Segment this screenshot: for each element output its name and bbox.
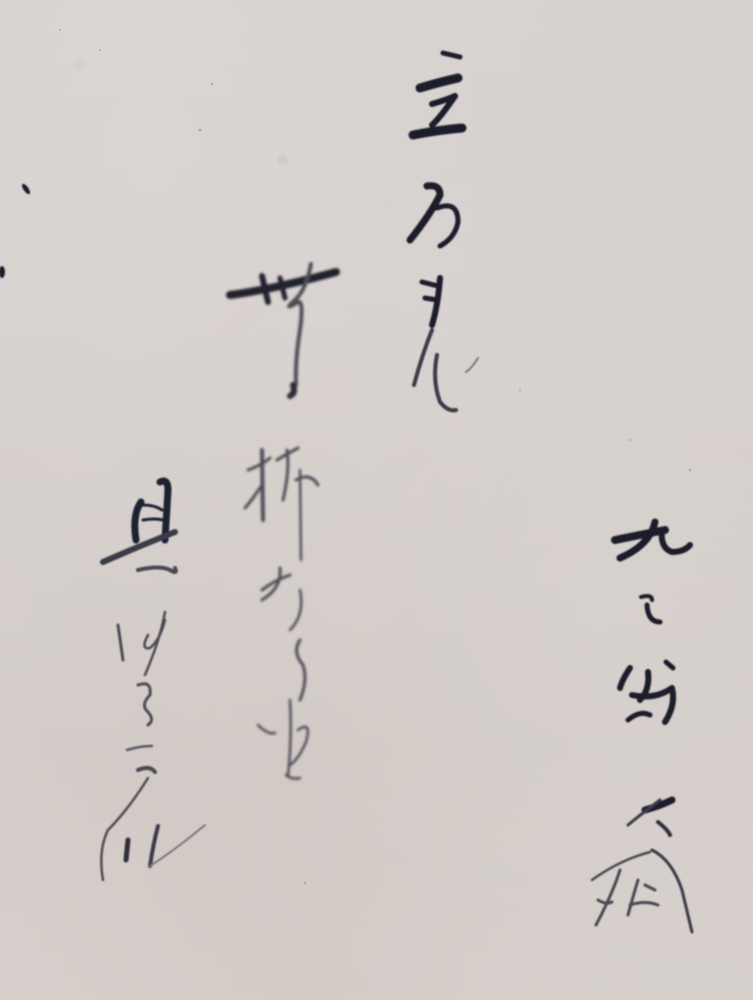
column-2-strokes	[410, 53, 478, 410]
calligraphy-ink-layer	[0, 0, 753, 1000]
column-4-strokes	[101, 481, 205, 880]
stray-ink-marks	[0, 183, 31, 278]
column-1-signature-strokes	[592, 522, 692, 932]
washi-paper-background: 九こ翁 大蔵 三あまれ せう様かくも 見ゆるニ候	[0, 0, 753, 1000]
paper-specks	[59, 29, 691, 884]
column-3-strokes	[230, 264, 336, 779]
